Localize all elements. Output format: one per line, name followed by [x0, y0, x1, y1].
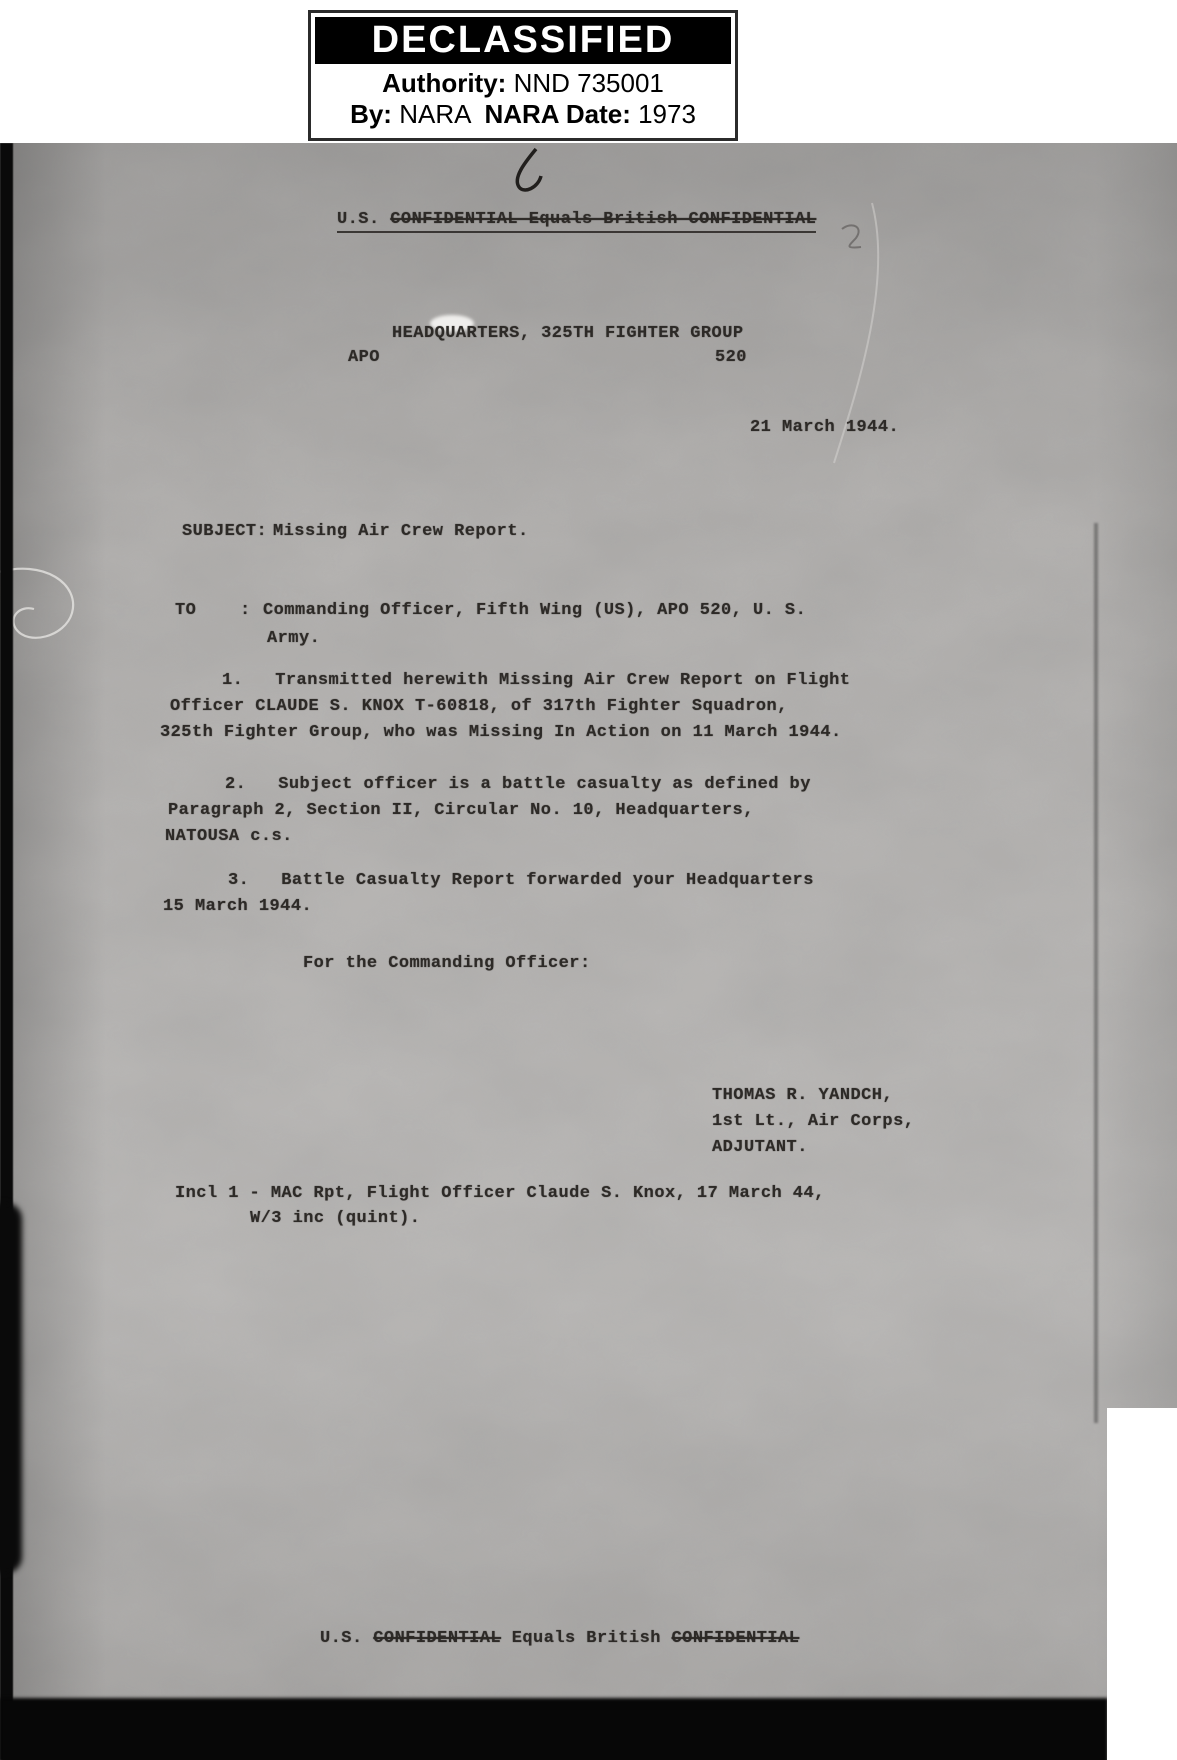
subject-text: Missing Air Crew Report.: [273, 521, 529, 543]
scan-edge-left-bump: [0, 1203, 22, 1573]
date-spacer2: [631, 99, 638, 129]
classification-underline: U.S. CONFIDENTIAL Equals British CONFIDE…: [337, 210, 816, 233]
classification-prefix: U.S.: [337, 210, 390, 229]
scan-marks: [0, 143, 1177, 1760]
paragraph-2-line-3: NATOUSA c.s.: [165, 826, 293, 848]
apo-number: 520: [715, 347, 747, 369]
scan-edge-bottom: [0, 1698, 1108, 1760]
paragraph-3-line-2: 15 March 1944.: [163, 896, 312, 918]
signature-name: THOMAS R. YANDCH,: [712, 1085, 893, 1107]
to-line-2: Army.: [267, 628, 320, 650]
paragraph-2-line-1: 2. Subject officer is a battle casualty …: [225, 774, 811, 796]
bottom-class-middle: Equals British: [501, 1629, 671, 1648]
scan-edge-right: [1094, 523, 1098, 1423]
authority-value: [506, 68, 513, 98]
inclosure-line-1: Incl 1 - MAC Rpt, Flight Officer Claude …: [175, 1183, 825, 1205]
scan-corner-white: [1107, 1408, 1177, 1760]
document-scan: U.S. CONFIDENTIAL Equals British CONFIDE…: [0, 143, 1177, 1760]
bottom-class-struck-1: CONFIDENTIAL: [373, 1629, 501, 1648]
pen-mark: [517, 149, 541, 190]
bottom-class-struck-2: CONFIDENTIAL: [672, 1629, 800, 1648]
declassified-stamp: DECLASSIFIED Authority: NND 735001 By: N…: [308, 10, 738, 141]
to-label: TO: [175, 600, 196, 622]
paragraph-3-line-1: 3. Battle Casualty Report forwarded your…: [228, 870, 814, 892]
paragraph-1-line-2: Officer CLAUDE S. KNOX T-60818, of 317th…: [170, 696, 788, 718]
to-colon: :: [240, 600, 251, 622]
by-value: NARA: [399, 99, 470, 129]
closing-line: For the Commanding Officer:: [303, 953, 591, 975]
date-spacer: [470, 99, 484, 129]
pencil-2-mark: [842, 225, 861, 247]
stamp-by-line: By: NARA NARA Date: 1973: [311, 99, 735, 130]
date-line: 21 March 1944.: [750, 417, 899, 439]
scan-lighting: [0, 143, 1177, 1760]
nara-date-label: NARA Date:: [484, 99, 630, 129]
by-label: By:: [350, 99, 392, 129]
scan-noise-texture: [0, 143, 1177, 1760]
stamp-authority-line: Authority: NND 735001: [311, 68, 735, 99]
stamp-title: DECLASSIFIED: [315, 17, 731, 64]
inclosure-line-2: W/3 inc (quint).: [250, 1208, 420, 1230]
classification-struck-text: CONFIDENTIAL Equals British CONFIDENTIAL: [390, 210, 816, 229]
apo-label: APO: [348, 347, 380, 369]
bottom-class-prefix: U.S.: [320, 1629, 373, 1648]
paragraph-1-line-3: 325th Fighter Group, who was Missing In …: [160, 722, 842, 744]
to-line-1: Commanding Officer, Fifth Wing (US), APO…: [263, 600, 806, 622]
classification-line-top: U.S. CONFIDENTIAL Equals British CONFIDE…: [337, 209, 816, 231]
authority-number: NND 735001: [514, 68, 664, 98]
authority-label: Authority:: [382, 68, 506, 98]
signature-rank: 1st Lt., Air Corps,: [712, 1111, 914, 1133]
classification-line-bottom: U.S. CONFIDENTIAL Equals British CONFIDE…: [320, 1628, 799, 1650]
nara-date-value: 1973: [638, 99, 696, 129]
subject-label: SUBJECT:: [182, 521, 267, 543]
paragraph-2-line-2: Paragraph 2, Section II, Circular No. 10…: [168, 800, 754, 822]
paragraph-1-line-1: 1. Transmitted herewith Missing Air Crew…: [222, 670, 850, 692]
headquarters-line: HEADQUARTERS, 325TH FIGHTER GROUP: [392, 323, 744, 345]
signature-title: ADJUTANT.: [712, 1137, 808, 1159]
